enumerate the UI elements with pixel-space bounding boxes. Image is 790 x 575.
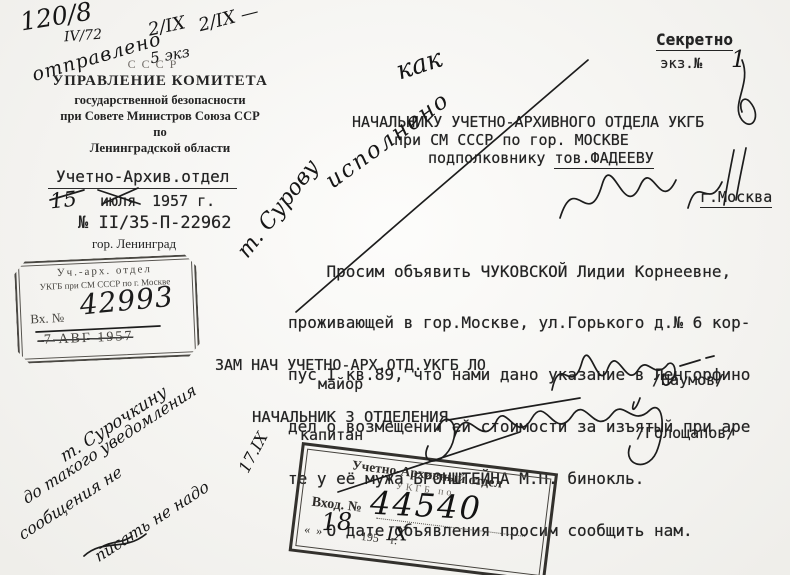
handwritten-entry-month: IX <box>386 523 407 545</box>
letterhead-date-month: июля <box>100 192 136 210</box>
handwritten-resolution-word: как <box>393 44 447 87</box>
handwritten-margin-note-line: до такого уведомления <box>20 380 200 508</box>
letterhead-org-line-1: УПРАВЛЕНИЕ КОМИТЕТА <box>35 73 285 90</box>
letterhead-org-line-5: Ленинградской области <box>35 140 285 156</box>
signature-title-1: ЗАМ НАЧ УЧЕТНО-АРХ.ОТД.УКГБ ЛО <box>215 356 486 374</box>
recipient-city: г.Москва <box>700 188 772 208</box>
handwritten-registry-number-2: IV/72 <box>63 27 102 46</box>
handwritten-copy-number: 1 <box>731 47 746 73</box>
letterhead-country: СССР <box>110 57 200 72</box>
letterhead-org-line-2: государственной безопасности <box>35 93 285 108</box>
recipient-line-3: подполковнику тов.ФАДЕЕВУ <box>428 149 654 167</box>
letterhead-org-line-4: по <box>35 125 285 140</box>
incoming-stamp-number-prefix: Вх. № <box>30 310 65 327</box>
recipient-rank: подполковнику <box>428 149 554 167</box>
incoming-stamp-moscow: Уч.-арх. отдел УКГБ при СМ СССР по г. Мо… <box>14 254 200 364</box>
handwritten-date-day: 15 <box>49 187 78 214</box>
classification-label: Секретно <box>656 30 733 51</box>
letterhead-org-line-3: при Совете Министров Союза ССР <box>25 109 295 124</box>
copy-number-prefix: экз.№ <box>660 56 702 72</box>
handwritten-dispatch-date: 2/IX <box>146 12 187 40</box>
signature-rank-1: майор <box>318 375 363 393</box>
handwritten-margin-note-date: 17.IX <box>235 429 272 476</box>
letterhead-doc-number: № II/35-П-22962 <box>78 213 232 233</box>
recipient-line-2: при СМ СССР по гор. МОСКВЕ <box>394 131 629 149</box>
scanned-document-page: 120/8 IV/72 отправлено 2/IX 5 экз 2/IX —… <box>0 0 790 575</box>
signature-typed-name-1: /Наумов/ <box>652 371 724 389</box>
letterhead-city: гор. Ленинград <box>92 236 176 252</box>
signature-rank-2: капитан <box>300 426 363 444</box>
body-line: Просим объявить ЧУКОВСКОЙ Лидии Корнеевн… <box>288 263 750 280</box>
letterhead-dept-line: Учетно-Архив.отдел <box>48 167 237 189</box>
handwritten-entry-number: 44540 <box>369 484 483 528</box>
signature-title-2: НАЧАЛЬНИК 3 ОТДЕЛЕНИЯ <box>252 408 448 426</box>
letterhead-date-year: 1957 г. <box>152 192 215 210</box>
recipient-name: тов.ФАДЕЕВУ <box>554 149 653 169</box>
signature-typed-name-2: /Голощапов/ <box>636 424 735 442</box>
handwritten-dispatch-date-2: 2/IX — <box>196 1 260 36</box>
handwritten-margin-note-line: писать не надо <box>92 477 212 566</box>
body-line: проживающей в гор.Москве, ул.Горького д.… <box>288 314 750 331</box>
handwritten-entry-day: 18 <box>321 508 352 537</box>
